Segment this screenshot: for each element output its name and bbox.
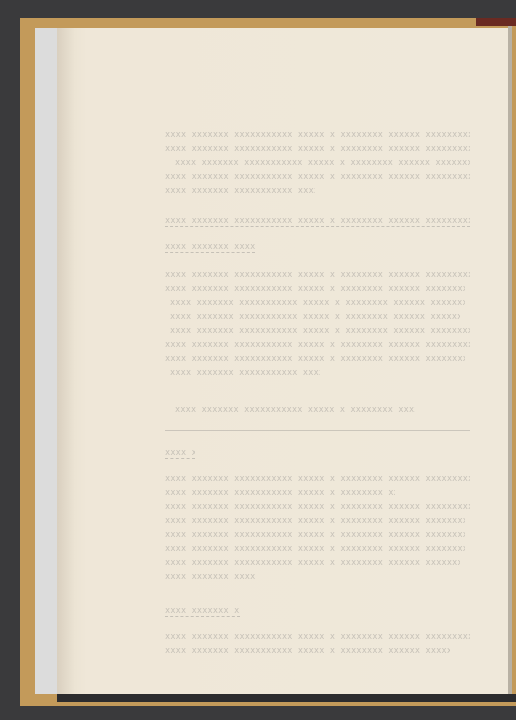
- text-line: xxxx xxxxxxx xxxxxxxxxxx xxxxx x xxxxxxx…: [175, 405, 415, 415]
- text-line: xxxx xxxxxxx xxxxxxxxxxx xxxxx x xxxxxxx…: [165, 172, 470, 182]
- text-line: xxxx xxxxxxx xxxxxxxxxxx xxxxx x xxxxxxx…: [165, 646, 450, 656]
- text-line: xxxx xxxxxxx xxxxxxxxxxx xxxxx x xxxxxxx…: [165, 572, 255, 582]
- text-line: xxxx xxxxxxx xxxxxxxxxxx xxxxx x xxxxxxx…: [165, 558, 460, 568]
- text-line: xxxx xxxxxxx xxxxxxxxxxx xxxxx x xxxxxxx…: [165, 606, 240, 617]
- text-line: xxxx xxxxxxx xxxxxxxxxxx xxxxx x xxxxxxx…: [165, 530, 465, 540]
- text-line: xxxx xxxxxxx xxxxxxxxxxx xxxxx x xxxxxxx…: [165, 186, 315, 196]
- text-line: xxxx xxxxxxx xxxxxxxxxxx xxxxx x xxxxxxx…: [165, 242, 255, 253]
- text-line: xxxx xxxxxxx xxxxxxxxxxx xxxxx x xxxxxxx…: [165, 544, 465, 554]
- text-line: xxxx xxxxxxx xxxxxxxxxxx xxxxx x xxxxxxx…: [165, 270, 470, 280]
- text-line: xxxx xxxxxxx xxxxxxxxxxx xxxxx x xxxxxxx…: [165, 284, 465, 294]
- text-line: xxxx xxxxxxx xxxxxxxxxxx xxxxx x xxxxxxx…: [170, 312, 460, 322]
- text-line: xxxx xxxxxxx xxxxxxxxxxx xxxxx x xxxxxxx…: [170, 368, 320, 378]
- text-line: xxxx xxxxxxx xxxxxxxxxxx xxxxx x xxxxxxx…: [165, 216, 470, 227]
- text-line: xxxx xxxxxxx xxxxxxxxxxx xxxxx x xxxxxxx…: [165, 144, 470, 154]
- text-line: xxxx xxxxxxx xxxxxxxxxxx xxxxx x xxxxxxx…: [165, 448, 195, 459]
- text-line: xxxx xxxxxxx xxxxxxxxxxx xxxxx x xxxxxxx…: [165, 516, 465, 526]
- text-line: xxxx xxxxxxx xxxxxxxxxxx xxxxx x xxxxxxx…: [165, 130, 470, 140]
- binder-edge-dark: [476, 18, 516, 26]
- horizontal-rule: [165, 430, 470, 431]
- page-shadow: [57, 694, 516, 702]
- text-line: xxxx xxxxxxx xxxxxxxxxxx xxxxx x xxxxxxx…: [165, 502, 470, 512]
- text-line: xxxx xxxxxxx xxxxxxxxxxx xxxxx x xxxxxxx…: [170, 298, 465, 308]
- text-line: xxxx xxxxxxx xxxxxxxxxxx xxxxx x xxxxxxx…: [165, 488, 395, 498]
- binding-spine: [35, 28, 57, 694]
- text-line: xxxx xxxxxxx xxxxxxxxxxx xxxxx x xxxxxxx…: [175, 158, 470, 168]
- text-line: xxxx xxxxxxx xxxxxxxxxxx xxxxx x xxxxxxx…: [165, 474, 470, 484]
- text-line: xxxx xxxxxxx xxxxxxxxxxx xxxxx x xxxxxxx…: [165, 340, 470, 350]
- page-edge: [508, 26, 512, 696]
- text-line: xxxx xxxxxxx xxxxxxxxxxx xxxxx x xxxxxxx…: [170, 326, 470, 336]
- text-line: xxxx xxxxxxx xxxxxxxxxxx xxxxx x xxxxxxx…: [165, 354, 465, 364]
- text-line: xxxx xxxxxxx xxxxxxxxxxx xxxxx x xxxxxxx…: [165, 632, 470, 642]
